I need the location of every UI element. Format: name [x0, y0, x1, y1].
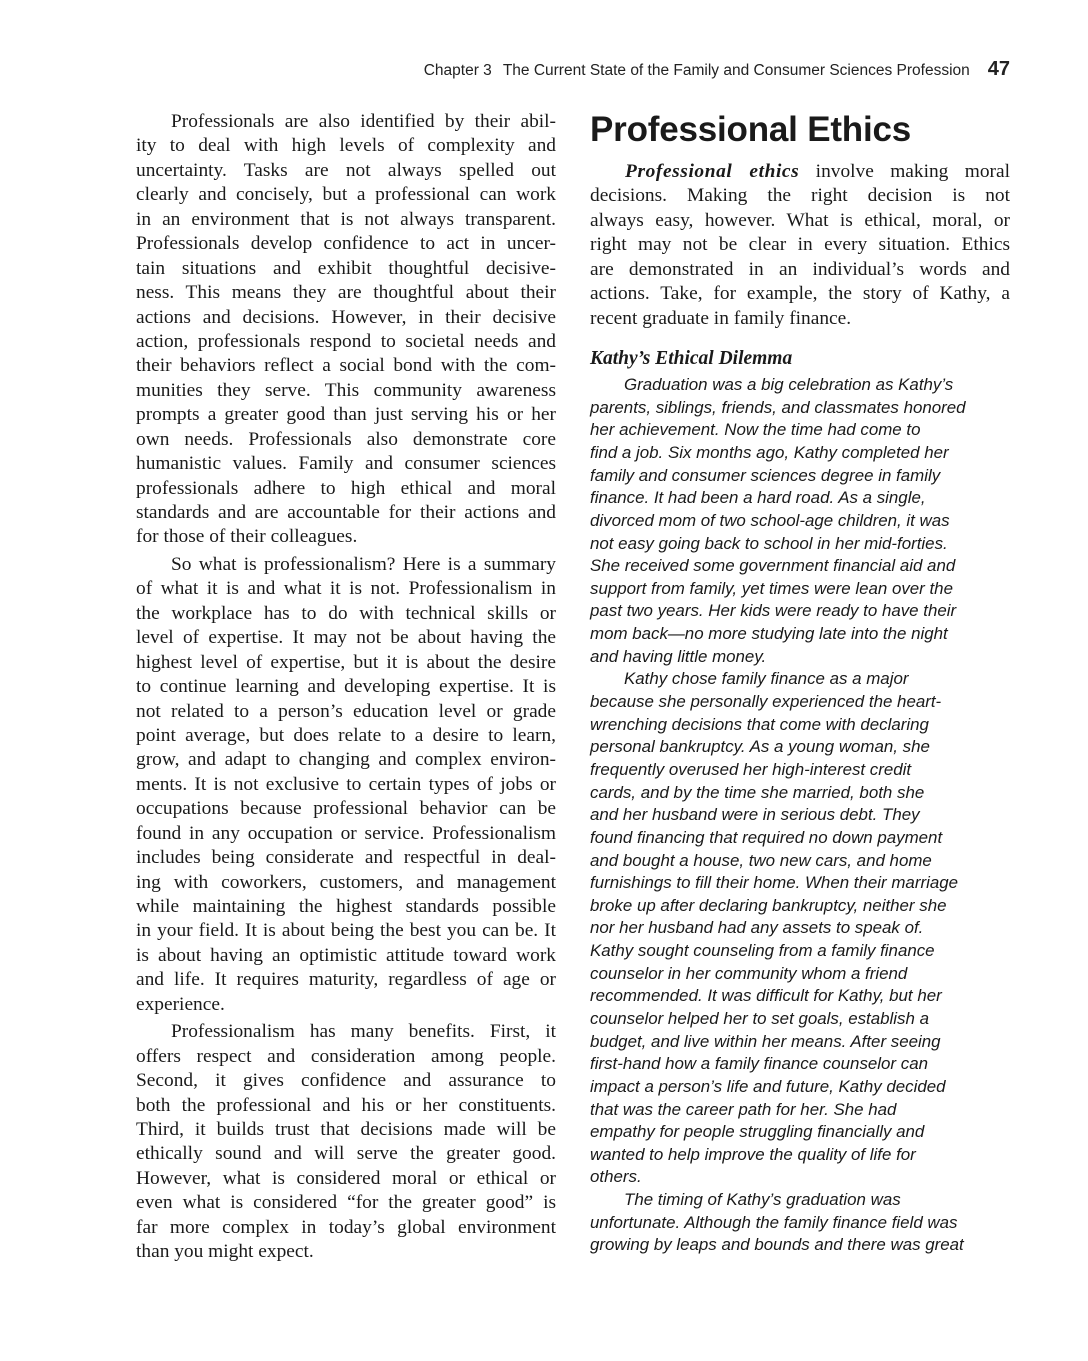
intro-paragraph: Professional ethics involve making moral…: [590, 160, 1010, 331]
text-line: occupations because professional behavio…: [136, 797, 556, 821]
text-line: prompts a greater good than just serving…: [136, 403, 556, 427]
text-line: parents, siblings, friends, and classmat…: [590, 397, 1010, 420]
text-line: grow, and adapt to changing and complex …: [136, 748, 556, 772]
text-line: munities they serve. This community awar…: [136, 379, 556, 403]
text-line: and having little money.: [590, 646, 1010, 669]
text-line: furnishings to fill their home. When the…: [590, 872, 1010, 895]
text-line: mom back—no more studying late into the …: [590, 623, 1010, 646]
text-line: point average, but does relate to a desi…: [136, 724, 556, 748]
text-line: actions. Take, for example, the story of…: [590, 282, 1010, 306]
text-line: action, professionals respond to societa…: [136, 330, 556, 354]
text-line: her achievement. Now the time had come t…: [590, 419, 1010, 442]
text-line: first-hand how a family finance counselo…: [590, 1053, 1010, 1076]
text-line: level of expertise. It may not be about …: [136, 626, 556, 650]
text-line: recent graduate in family finance.: [590, 307, 1010, 331]
text-line: So what is professionalism? Here is a su…: [136, 553, 556, 577]
running-head: Chapter 3 The Current State of the Famil…: [424, 58, 1010, 81]
text-line: budget, and live within her means. After…: [590, 1031, 1010, 1054]
text-line: right may not be clear in every situatio…: [590, 233, 1010, 257]
text-line: found financing that required no down pa…: [590, 827, 1010, 850]
text-line: are demonstrated in an individual’s word…: [590, 258, 1010, 282]
text-line: However, what is considered moral or eth…: [136, 1167, 556, 1191]
text-line: cards, and by the time she married, both…: [590, 782, 1010, 805]
page-number: 47: [988, 58, 1010, 81]
text-line: counselor in her community whom a friend: [590, 963, 1010, 986]
text-line: because she personally experienced the h…: [590, 691, 1010, 714]
text-line: ing with coworkers, customers, and manag…: [136, 871, 556, 895]
text-line: others.: [590, 1166, 1010, 1189]
intro-first-line-rest: involve making moral: [799, 161, 1010, 182]
text-line: empathy for people struggling financiall…: [590, 1121, 1010, 1144]
section-heading: Professional Ethics: [590, 110, 1010, 150]
text-line: and her husband were in serious debt. Th…: [590, 804, 1010, 827]
text-line: than you might expect.: [136, 1240, 556, 1264]
text-line: finance. It had been a hard road. As a s…: [590, 487, 1010, 510]
text-line: Professionalism has many benefits. First…: [136, 1020, 556, 1044]
text-line: Professionals develop confidence to act …: [136, 232, 556, 256]
text-line: ness. This means they are thoughtful abo…: [136, 281, 556, 305]
text-line: uncertainty. Tasks are not always spelle…: [136, 159, 556, 183]
case-study-body: Graduation was a big celebration as Kath…: [590, 374, 1010, 1257]
text-line: personal bankruptcy. As a young woman, s…: [590, 736, 1010, 759]
case-study-heading: Kathy’s Ethical Dilemma: [590, 347, 1010, 371]
text-line: growing by leaps and bounds and there wa…: [590, 1234, 1010, 1257]
text-line: for those of their colleagues.: [136, 525, 556, 549]
text-line: actions and decisions. However, in their…: [136, 306, 556, 330]
text-line: past two years. Her kids were ready to h…: [590, 600, 1010, 623]
text-line: standards and are accountable for their …: [136, 501, 556, 525]
text-line: tain situations and exhibit thoughtful d…: [136, 257, 556, 281]
text-line: unfortunate. Although the family finance…: [590, 1212, 1010, 1235]
text-line: offers respect and consideration among p…: [136, 1045, 556, 1069]
text-line: wrenching decisions that come with decla…: [590, 714, 1010, 737]
key-term: Professional ethics: [625, 161, 799, 182]
text-line: clearly and concisely, but a professiona…: [136, 183, 556, 207]
text-line: Kathy chose family finance as a major: [590, 668, 1010, 691]
text-line: not related to a person’s education leve…: [136, 700, 556, 724]
body-paragraph: Professionals are also identified by the…: [136, 110, 556, 550]
text-line: of what it is and what it is not. Profes…: [136, 577, 556, 601]
text-line: Professionals are also identified by the…: [136, 110, 556, 134]
text-line: professionals adhere to high ethical and…: [136, 477, 556, 501]
text-line: own needs. Professionals also demonstrat…: [136, 428, 556, 452]
text-line: found in any occupation or service. Prof…: [136, 822, 556, 846]
chapter-title: The Current State of the Family and Cons…: [503, 62, 970, 80]
text-line: experience.: [136, 993, 556, 1017]
text-line: She received some government financial a…: [590, 555, 1010, 578]
text-line: and bought a house, two new cars, and ho…: [590, 850, 1010, 873]
text-line: the workplace has to do with technical s…: [136, 602, 556, 626]
text-line: in your field. It is about being the bes…: [136, 919, 556, 943]
text-line: wanted to help improve the quality of li…: [590, 1144, 1010, 1167]
right-column: Professional Ethics Professional ethics …: [590, 110, 1010, 1257]
text-line: family and consumer sciences degree in f…: [590, 465, 1010, 488]
text-line: find a job. Six months ago, Kathy comple…: [590, 442, 1010, 465]
text-line: Third, it builds trust that decisions ma…: [136, 1118, 556, 1142]
text-line: frequently overused her high-interest cr…: [590, 759, 1010, 782]
intro-first-line: Professional ethics involve making moral: [590, 160, 1010, 184]
text-line: divorced mom of two school-age children,…: [590, 510, 1010, 533]
text-line: counselor helped her to set goals, estab…: [590, 1008, 1010, 1031]
text-line: to continue learning and developing expe…: [136, 675, 556, 699]
text-line: far more complex in today’s global envir…: [136, 1216, 556, 1240]
text-line: even what is considered “for the greater…: [136, 1191, 556, 1215]
chapter-label: Chapter 3: [424, 62, 492, 80]
text-line: support from family, yet times were lean…: [590, 578, 1010, 601]
body-paragraph: Professionalism has many benefits. First…: [136, 1020, 556, 1264]
text-line: broke up after declaring bankruptcy, nei…: [590, 895, 1010, 918]
text-line: recommended. It was difficult for Kathy,…: [590, 985, 1010, 1008]
body-paragraph: So what is professionalism? Here is a su…: [136, 553, 556, 1017]
left-column: Professionals are also identified by the…: [136, 110, 556, 1265]
text-line: Graduation was a big celebration as Kath…: [590, 374, 1010, 397]
text-line: while maintaining the highest standards …: [136, 895, 556, 919]
text-line: The timing of Kathy’s graduation was: [590, 1189, 1010, 1212]
text-line: nor her husband had any assets to speak …: [590, 917, 1010, 940]
text-line: impact a person’s life and future, Kathy…: [590, 1076, 1010, 1099]
text-line: always easy, however. What is ethical, m…: [590, 209, 1010, 233]
text-line: is about having an optimistic attitude t…: [136, 944, 556, 968]
case-study-paragraph: Graduation was a big celebration as Kath…: [590, 374, 1010, 668]
case-study-paragraph: Kathy chose family finance as a majorbec…: [590, 668, 1010, 1189]
text-line: ity to deal with high levels of complexi…: [136, 134, 556, 158]
text-line: not easy going back to school in her mid…: [590, 533, 1010, 556]
text-line: ments. It is not exclusive to certain ty…: [136, 773, 556, 797]
case-study-paragraph: The timing of Kathy’s graduation wasunfo…: [590, 1189, 1010, 1257]
text-line: Kathy sought counseling from a family fi…: [590, 940, 1010, 963]
text-line: humanistic values. Family and consumer s…: [136, 452, 556, 476]
text-line: ethically sound and will serve the great…: [136, 1142, 556, 1166]
text-line: Second, it gives confidence and assuranc…: [136, 1069, 556, 1093]
text-line: decisions. Making the right decision is …: [590, 184, 1010, 208]
text-line: both the professional and his or her con…: [136, 1094, 556, 1118]
text-line: and life. It requires maturity, regardle…: [136, 968, 556, 992]
text-line: includes being considerate and respectfu…: [136, 846, 556, 870]
text-line: that was the career path for her. She ha…: [590, 1099, 1010, 1122]
text-line: their behaviors reflect a social bond wi…: [136, 354, 556, 378]
text-line: highest level of expertise, but it is ab…: [136, 651, 556, 675]
text-line: in an environment that is not always tra…: [136, 208, 556, 232]
